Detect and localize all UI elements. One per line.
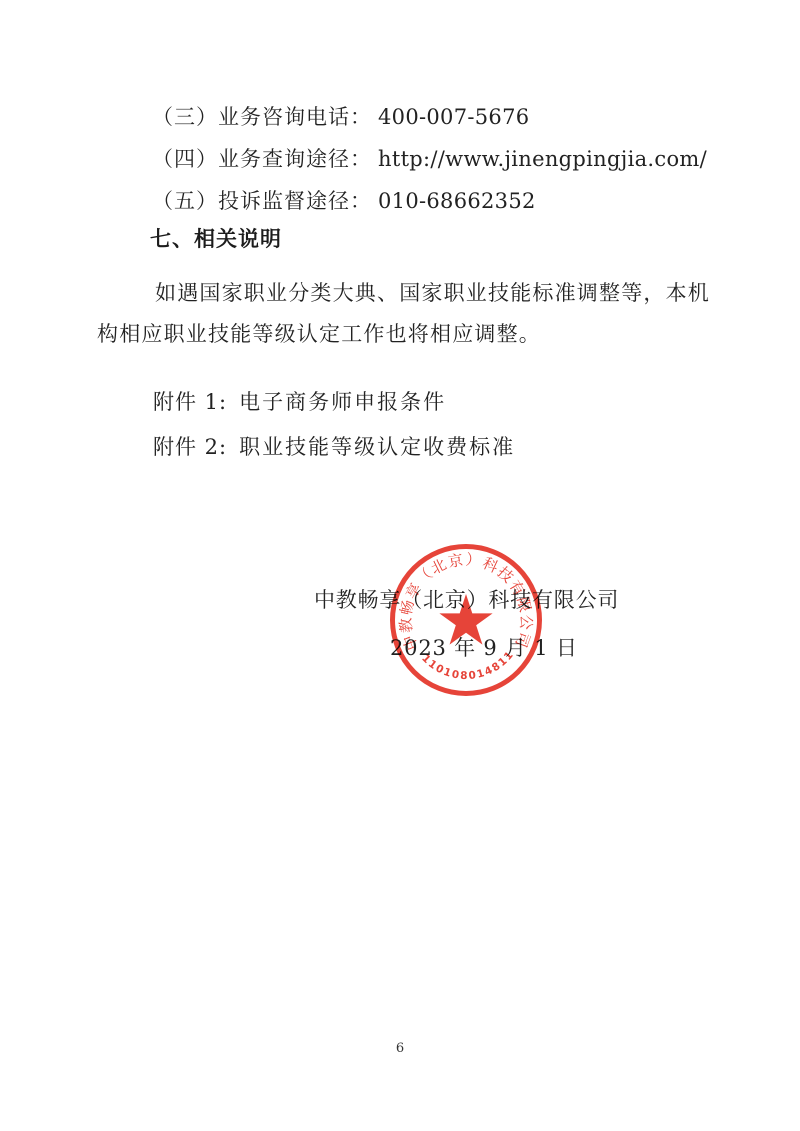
attachment-line-1: 附件 1:电子商务师申报条件: [153, 387, 446, 417]
contact-value-phone: 400-007-5676: [378, 105, 529, 129]
contact-line-website: （四）业务查询途径：http://www.jinengpingjia.com/: [152, 144, 707, 174]
contact-line-phone: （三）业务咨询电话：400-007-5676: [152, 102, 529, 132]
attachment-label: 附件 2:: [153, 435, 227, 459]
attachment-title: 职业技能等级认定收费标准: [239, 435, 515, 459]
attachment-line-2: 附件 2:职业技能等级认定收费标准: [153, 432, 515, 462]
attachment-label: 附件 1:: [153, 390, 227, 414]
document-page: （三）业务咨询电话：400-007-5676 （四）业务查询途径：http://…: [0, 0, 800, 1131]
company-seal: 中教畅享（北京）科技有限公司 11010801481158: [381, 536, 551, 706]
contact-label: （三）业务咨询电话：: [152, 105, 372, 129]
seal-ring: [393, 547, 540, 694]
contact-value-complaint-phone: 010-68662352: [378, 189, 536, 213]
attachment-title: 电子商务师申报条件: [239, 390, 446, 414]
contact-label: （五）投诉监督途径：: [152, 189, 372, 213]
signature-date: 2023 年 9 月 1 日: [390, 633, 578, 663]
page-number: 6: [0, 1040, 800, 1058]
section-heading: 七、相关说明: [150, 224, 282, 254]
contact-label: （四）业务查询途径：: [152, 147, 372, 171]
contact-value-url: http://www.jinengpingjia.com/: [378, 147, 707, 171]
paragraph-line-2: 构相应职业技能等级认定工作也将相应调整。: [97, 319, 541, 349]
contact-line-complaint: （五）投诉监督途径：010-68662352: [152, 186, 536, 216]
paragraph-line-1: 如遇国家职业分类大典、国家职业技能标准调整等，本机: [155, 278, 710, 308]
signature-company-name: 中教畅享（北京）科技有限公司: [314, 585, 619, 615]
